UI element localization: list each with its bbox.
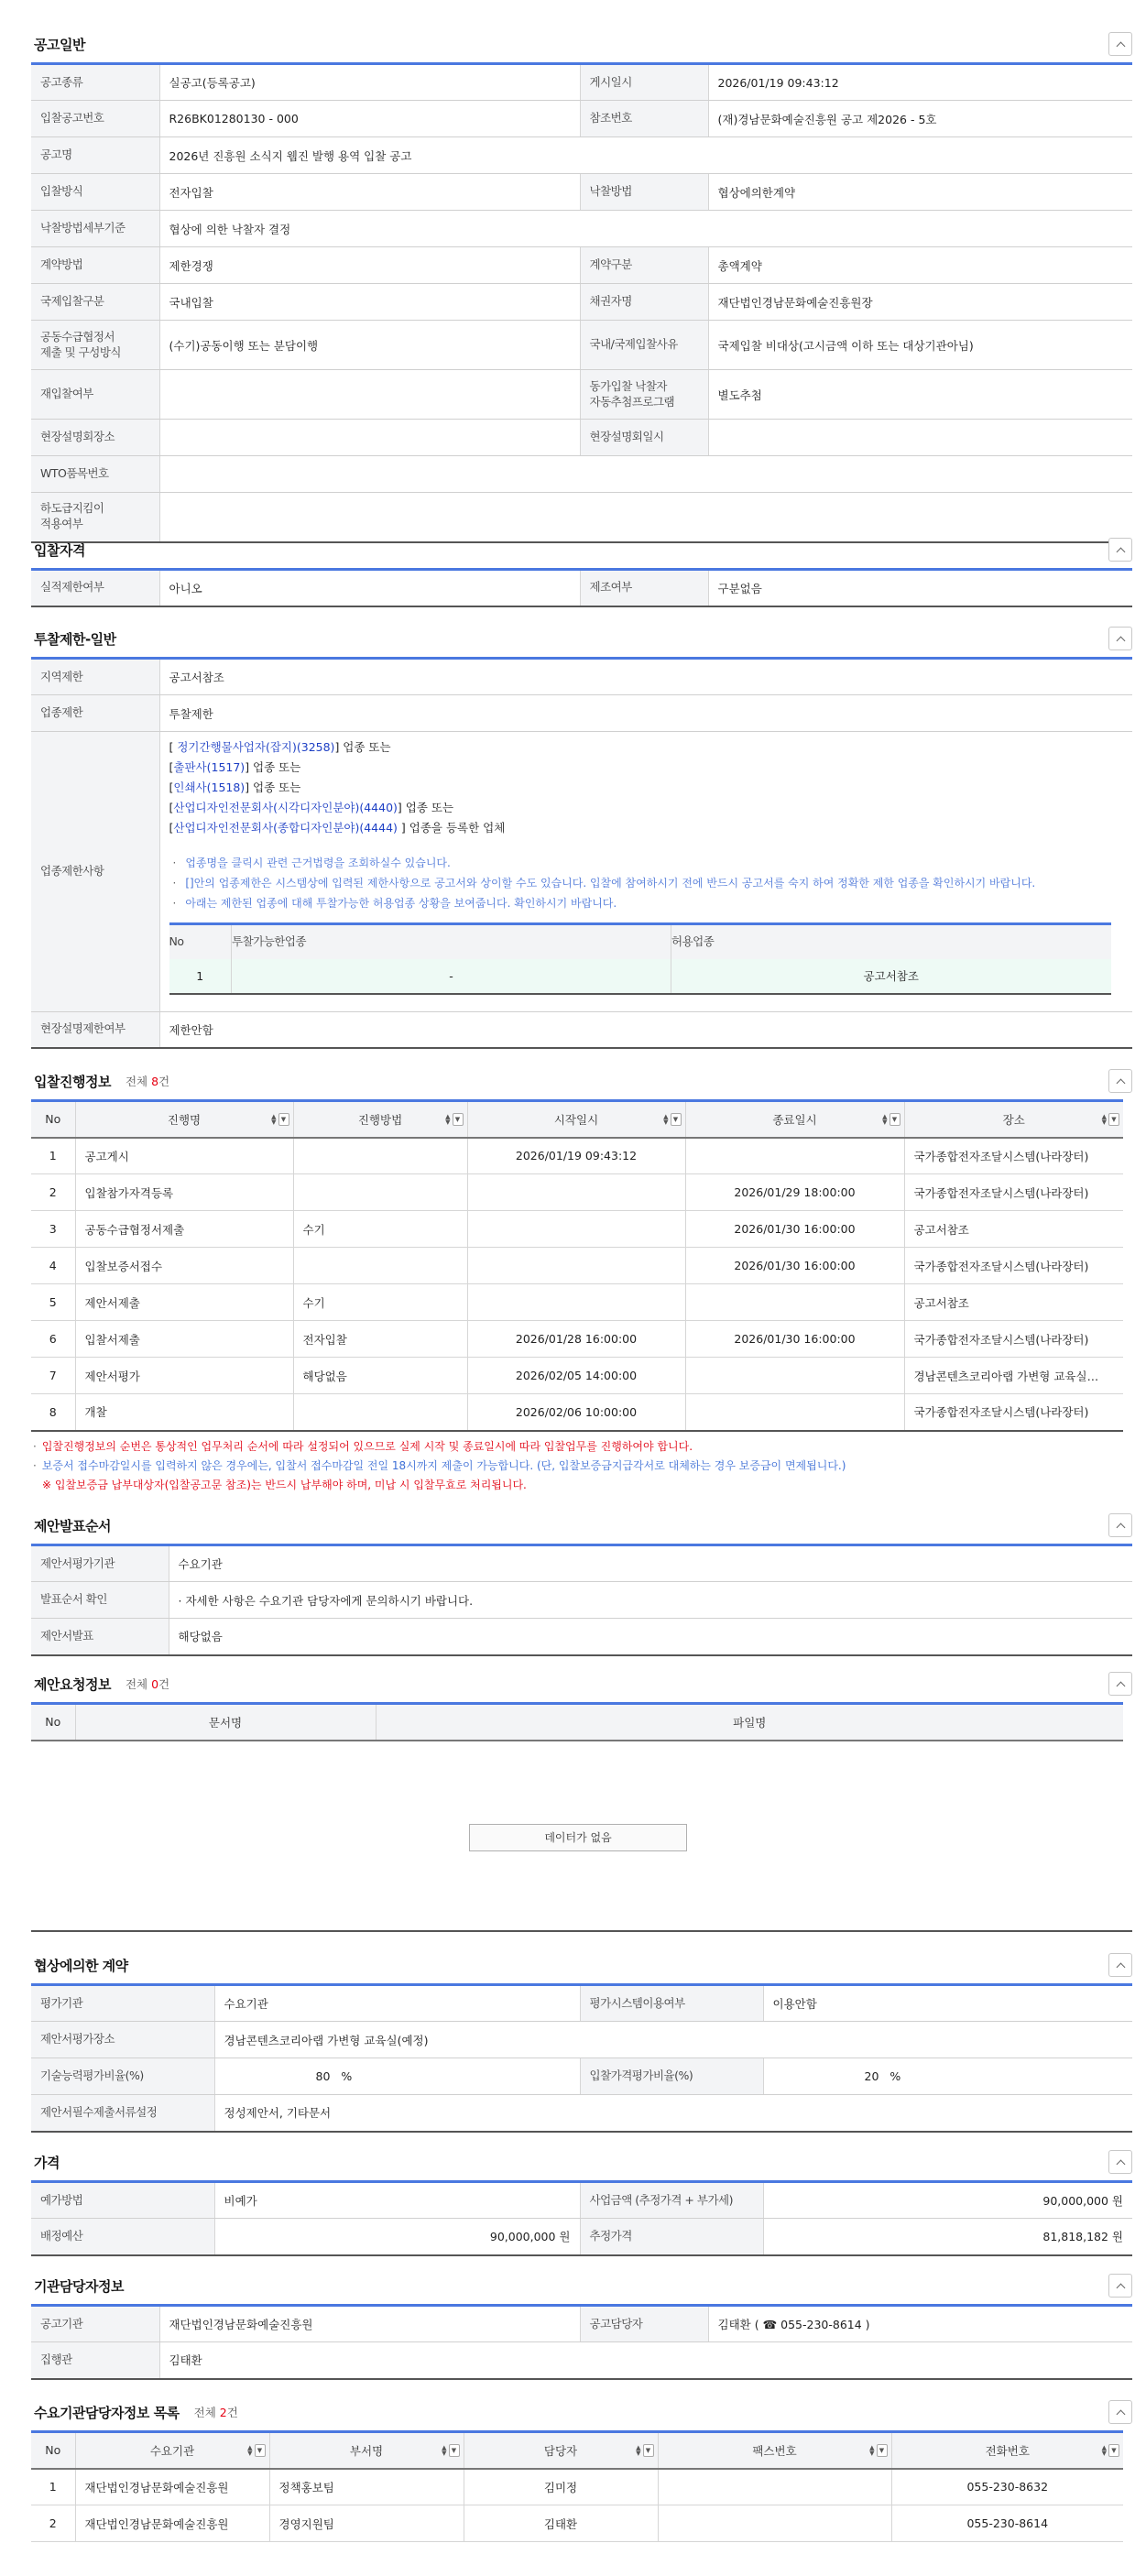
table-cell: 2026/02/06 10:00:00	[467, 1394, 685, 1431]
table-cell: 수기	[293, 1211, 467, 1248]
sort-icon[interactable]: ▲▼	[247, 2445, 252, 2456]
table-cell: 1	[169, 959, 232, 994]
table-cell	[293, 1174, 467, 1211]
table-row: 업종제한 투찰제한	[31, 695, 1132, 732]
sort-icon[interactable]: ▲▼	[1102, 1114, 1107, 1125]
table-cell: 8	[31, 1394, 75, 1431]
field-value: 공고서참조	[159, 659, 1132, 695]
field-label: 제안서평가기관	[31, 1545, 169, 1582]
column-header[interactable]: 담당자▲▼▼	[464, 2432, 658, 2469]
column-header[interactable]: 장소▲▼▼	[904, 1101, 1123, 1138]
sort-controls[interactable]: ▲▼▼	[882, 1113, 900, 1126]
filter-dropdown-icon[interactable]: ▼	[278, 1113, 289, 1126]
field-value: 20 %	[763, 2058, 1132, 2095]
table-row: 현장설명제한여부 제한안함	[31, 1011, 1132, 1048]
table-cell: 공고서참조	[671, 959, 1111, 994]
table-row: 재입찰여부동가입찰 낙찰자자동추첨프로그램별도추첨	[31, 370, 1132, 420]
table-cell: 국가종합전자조달시스템(나라장터)	[904, 1321, 1123, 1358]
field-label: 제조여부	[580, 570, 708, 606]
table-cell: -	[232, 959, 671, 994]
table-cell: 2	[31, 1174, 75, 1211]
field-value: 김태환	[159, 2342, 1132, 2379]
table-cell: 정책홍보팀	[269, 2469, 464, 2505]
collapse-button[interactable]	[1108, 1672, 1132, 1696]
field-value: 총액계약	[708, 247, 1132, 284]
field-label: 재입찰여부	[31, 370, 159, 420]
field-label: 업종제한사항	[31, 732, 159, 1012]
table-row: 배정예산 90,000,000 원 추정가격 81,818,182 원	[31, 2219, 1132, 2255]
collapse-button[interactable]	[1108, 32, 1132, 56]
field-value: · 자세한 사항은 수요기관 담당자에게 문의하시기 바랍니다.	[169, 1582, 1132, 1619]
sort-controls[interactable]: ▲▼▼	[445, 1113, 463, 1126]
sort-icon[interactable]: ▲▼	[442, 2445, 446, 2456]
table-cell	[658, 2505, 891, 2542]
table-cell: 제안서평가	[75, 1358, 293, 1394]
table-row: 2재단법인경남문화예술진흥원경영지원팀김태환055-230-8614	[31, 2505, 1123, 2542]
table-row: 2입찰참가자격등록2026/01/29 18:00:00국가종합전자조달시스템(…	[31, 1174, 1123, 1211]
sort-controls[interactable]: ▲▼▼	[247, 2444, 265, 2457]
field-label: 공고종류	[31, 64, 159, 101]
field-value: 수요기관	[169, 1545, 1132, 1582]
column-header: 파일명	[376, 1704, 1123, 1741]
field-value: 이용안함	[763, 1985, 1132, 2022]
table-cell: 입찰서제출	[75, 1321, 293, 1358]
field-value: 실공고(등록공고)	[159, 64, 580, 101]
industry-detail-cell: [ 정기간행물사업자(잡지)(3258)] 업종 또는[출판사(1517)] 업…	[159, 732, 1132, 1012]
field-label: 계약구분	[580, 247, 708, 284]
table-cell: 김태환	[464, 2505, 658, 2542]
field-value: 비예가	[214, 2182, 580, 2219]
section-title: 입찰자격	[31, 540, 85, 560]
table-cell: 공고게시	[75, 1138, 293, 1174]
table-cell: 수기	[293, 1284, 467, 1321]
table-row: WTO품목번호	[31, 456, 1132, 493]
presentation-table: 제안서평가기관수요기관발표순서 확인· 자세한 사항은 수요기관 담당자에게 문…	[31, 1544, 1132, 1656]
section-title: 가격	[31, 2153, 60, 2172]
section-restriction: 투찰제한-일반 지역제한 공고서참조 업종제한 투찰제한 업종제한사항 [ 정기…	[31, 620, 1132, 1049]
filter-dropdown-icon[interactable]: ▼	[453, 1113, 464, 1126]
section-price: 가격 예가방법 비예가 사업금액 (추정가격 + 부가세) 90,000,000…	[31, 2144, 1132, 2256]
filter-dropdown-icon[interactable]: ▼	[255, 2444, 266, 2457]
table-cell: 공고서참조	[904, 1284, 1123, 1321]
field-label: 평가기관	[31, 1985, 214, 2022]
filter-dropdown-icon[interactable]: ▼	[1108, 2444, 1119, 2457]
sort-icon[interactable]: ▲▼	[1102, 2445, 1107, 2456]
table-cell: 공동수급협정서제출	[75, 1211, 293, 1248]
field-value: 제한안함	[159, 1011, 1132, 1048]
phone-icon: ☎	[763, 2318, 778, 2331]
total-count: 전체 2건	[194, 2404, 238, 2420]
field-value: (수기)공동이행 또는 분담이행	[159, 321, 580, 370]
table-cell: 5	[31, 1284, 75, 1321]
field-value: 수요기관	[214, 1985, 580, 2022]
price-table: 예가방법 비예가 사업금액 (추정가격 + 부가세) 90,000,000 원 …	[31, 2180, 1132, 2256]
field-value	[708, 420, 1132, 456]
total-count: 전체 0건	[126, 1675, 169, 1692]
field-value: 2026년 진흥원 소식지 웹진 발행 용역 입찰 공고	[159, 137, 1132, 174]
table-row: 실적제한여부 아니오 제조여부 구분없음	[31, 570, 1132, 606]
field-label: 발표순서 확인	[31, 1582, 169, 1619]
collapse-button[interactable]	[1108, 2400, 1132, 2424]
table-cell	[658, 2469, 891, 2505]
table-cell: 2026/01/30 16:00:00	[685, 1248, 904, 1284]
note-item: 업종명을 클릭시 관련 근거법령을 조회하실수 있습니다.	[169, 853, 1124, 873]
sort-controls[interactable]: ▲▼▼	[869, 2444, 887, 2457]
field-label: 입찰가격평가비율(%)	[580, 2058, 763, 2095]
table-cell: 055-230-8632	[891, 2469, 1123, 2505]
table-cell: 2026/01/28 16:00:00	[467, 1321, 685, 1358]
table-cell: 2026/01/19 09:43:12	[467, 1138, 685, 1174]
table-row: 5제안서제출수기공고서참조	[31, 1284, 1123, 1321]
table-cell: 개찰	[75, 1394, 293, 1431]
collapse-button[interactable]	[1108, 1069, 1132, 1093]
field-value: 90,000,000 원	[214, 2219, 580, 2255]
note-red: 입찰진행정보의 순번은 통상적인 업무처리 순서에 따라 설정되어 있으므로 실…	[33, 1437, 1132, 1457]
section-qualification: 입찰자격 실적제한여부 아니오 제조여부 구분없음	[31, 531, 1132, 607]
field-value: R26BK01280130 - 000	[159, 101, 580, 137]
field-label: WTO품목번호	[31, 456, 159, 493]
table-cell	[467, 1211, 685, 1248]
field-value: (재)경남문화예술진흥원 공고 제2026 - 5호	[708, 101, 1132, 137]
column-header: 투찰가능한업종	[232, 924, 671, 959]
table-cell: 2026/01/29 18:00:00	[685, 1174, 904, 1211]
progress-notes: 입찰진행정보의 순번은 통상적인 업무처리 순서에 따라 설정되어 있으므로 실…	[31, 1432, 1132, 1495]
field-label: 입찰공고번호	[31, 101, 159, 137]
field-value	[159, 456, 1132, 493]
table-cell: 재단법인경남문화예술진흥원	[75, 2469, 269, 2505]
filter-dropdown-icon[interactable]: ▼	[890, 1113, 900, 1126]
empty-area: 데이터가 없음	[31, 1741, 1132, 1932]
section-title: 투찰제한-일반	[31, 629, 116, 649]
chevron-up-icon	[1116, 2409, 1125, 2418]
section-title: 공고일반	[31, 35, 85, 54]
table-cell: 국가종합전자조달시스템(나라장터)	[904, 1248, 1123, 1284]
table-cell	[467, 1174, 685, 1211]
table-cell: 입찰참가자격등록	[75, 1174, 293, 1211]
field-label: 현장설명회장소	[31, 420, 159, 456]
chevron-up-icon	[1116, 636, 1125, 645]
field-value: 제한경쟁	[159, 247, 580, 284]
field-label: 공고기관	[31, 2306, 159, 2342]
chevron-up-icon	[1116, 1523, 1125, 1532]
table-cell: 김미정	[464, 2469, 658, 2505]
sort-icon[interactable]: ▲▼	[869, 2445, 874, 2456]
column-header[interactable]: 종료일시▲▼▼	[685, 1101, 904, 1138]
table-row: 기술능력평가비율(%)80 %입찰가격평가비율(%)20 %	[31, 2058, 1132, 2095]
table-row: 7제안서평가해당없음2026/02/05 14:00:00경남콘텐츠코리아랩 가…	[31, 1358, 1123, 1394]
sort-controls[interactable]: ▲▼▼	[663, 1113, 681, 1126]
industry-link[interactable]: 인쇄사(1518)	[173, 780, 245, 794]
field-label: 낙찰방법세부기준	[31, 211, 159, 247]
field-value: 아니오	[159, 570, 580, 606]
field-label: 채권자명	[580, 284, 708, 321]
qualification-table: 실적제한여부 아니오 제조여부 구분없음	[31, 568, 1132, 607]
table-cell	[467, 1284, 685, 1321]
table-cell: 국가종합전자조달시스템(나라장터)	[904, 1394, 1123, 1431]
chevron-up-icon	[1116, 41, 1125, 50]
table-row: 국제입찰구분국내입찰채권자명재단법인경남문화예술진흥원장	[31, 284, 1132, 321]
table-cell: 재단법인경남문화예술진흥원	[75, 2505, 269, 2542]
field-label: 사업금액 (추정가격 + 부가세)	[580, 2182, 763, 2219]
industry-notes: 업종명을 클릭시 관련 근거법령을 조회하실수 있습니다.[]안의 업종제한은 …	[169, 853, 1124, 913]
total-count: 전체 8건	[126, 1073, 169, 1089]
field-value: 재단법인경남문화예술진흥원장	[708, 284, 1132, 321]
table-cell	[685, 1284, 904, 1321]
field-label: 실적제한여부	[31, 570, 159, 606]
section-agency: 기관담당자정보 공고기관 재단법인경남문화예술진흥원 공고담당자 김태환 ( ☎…	[31, 2267, 1132, 2380]
chevron-up-icon	[1116, 2283, 1125, 2292]
section-general: 공고일반 공고종류실공고(등록공고)게시일시2026/01/19 09:43:1…	[31, 26, 1132, 543]
table-row: 공동수급협정서제출 및 구성방식(수기)공동이행 또는 분담이행국내/국제입찰사…	[31, 321, 1132, 370]
industry-link[interactable]: 출판사(1517)	[173, 760, 245, 774]
table-row: 현장설명회장소현장설명회일시	[31, 420, 1132, 456]
field-value: 재단법인경남문화예술진흥원	[159, 2306, 580, 2342]
field-label: 예가방법	[31, 2182, 214, 2219]
field-label: 게시일시	[580, 64, 708, 101]
table-cell	[293, 1248, 467, 1284]
industry-item: [출판사(1517)] 업종 또는	[169, 758, 1124, 778]
collapse-button[interactable]	[1108, 1513, 1132, 1537]
column-header[interactable]: 팩스번호▲▼▼	[658, 2432, 891, 2469]
sort-controls[interactable]: ▲▼▼	[271, 1113, 289, 1126]
table-cell	[293, 1138, 467, 1174]
field-label: 업종제한	[31, 695, 159, 732]
table-cell: 국가종합전자조달시스템(나라장터)	[904, 1174, 1123, 1211]
table-row: 공고종류실공고(등록공고)게시일시2026/01/19 09:43:12	[31, 64, 1132, 101]
field-label: 지역제한	[31, 659, 159, 695]
column-header[interactable]: 시작일시▲▼▼	[467, 1101, 685, 1138]
table-row: 제안서필수제출서류설정정성제안서, 기타문서	[31, 2095, 1132, 2132]
table-cell: 입찰보증서접수	[75, 1248, 293, 1284]
field-value: 해당없음	[169, 1619, 1132, 1655]
section-title: 협상에의한 계약	[31, 1956, 128, 1975]
sort-icon[interactable]: ▲▼	[271, 1114, 276, 1125]
note-item: 아래는 제한된 업종에 대해 투찰가능한 허용업종 상황을 보여줍니다. 확인하…	[169, 893, 1124, 913]
field-label: 현장설명제한여부	[31, 1011, 159, 1048]
column-header: No	[31, 1101, 75, 1138]
column-header: No	[169, 924, 232, 959]
note-warning: ※ 입찰보증금 납부대상자(입찰공고문 참조)는 반드시 납부해야 하며, 미납…	[33, 1476, 1132, 1495]
collapse-button[interactable]	[1108, 2274, 1132, 2298]
table-row: 예가방법 비예가 사업금액 (추정가격 + 부가세) 90,000,000 원	[31, 2182, 1132, 2219]
section-title: 입찰진행정보	[31, 1072, 111, 1091]
section-title: 제안발표순서	[31, 1516, 111, 1535]
collapse-button[interactable]	[1108, 1953, 1132, 1977]
table-row: 1-공고서참조	[169, 959, 1111, 994]
field-value: 구분없음	[708, 570, 1132, 606]
filter-dropdown-icon[interactable]: ▼	[877, 2444, 888, 2457]
filter-dropdown-icon[interactable]: ▼	[643, 2444, 654, 2457]
table-cell: 경영지원팀	[269, 2505, 464, 2542]
table-row: 8개찰2026/02/06 10:00:00국가종합전자조달시스템(나라장터)	[31, 1394, 1123, 1431]
table-cell: 1	[31, 2469, 75, 2505]
field-label: 공고명	[31, 137, 159, 174]
column-header: No	[31, 1704, 75, 1741]
section-progress: 입찰진행정보 전체 8건 No진행명▲▼▼진행방법▲▼▼시작일시▲▼▼종료일시▲…	[31, 1063, 1132, 1495]
restriction-table: 지역제한 공고서참조 업종제한 투찰제한 업종제한사항 [ 정기간행물사업자(잡…	[31, 657, 1132, 1049]
column-header: No	[31, 2432, 75, 2469]
field-label: 동가입찰 낙찰자자동추첨프로그램	[580, 370, 708, 420]
chevron-up-icon	[1116, 1681, 1125, 1690]
general-table: 공고종류실공고(등록공고)게시일시2026/01/19 09:43:12입찰공고…	[31, 62, 1132, 543]
allowed-industry-table: No투찰가능한업종허용업종 1-공고서참조	[169, 922, 1111, 995]
table-cell: 2026/02/05 14:00:00	[467, 1358, 685, 1394]
column-header[interactable]: 진행명▲▼▼	[75, 1101, 293, 1138]
sort-controls[interactable]: ▲▼▼	[442, 2444, 459, 2457]
table-cell: 전자입찰	[293, 1321, 467, 1358]
table-cell: 경남콘텐츠코리아랩 가변형 교육실…	[904, 1358, 1123, 1394]
progress-table: No진행명▲▼▼진행방법▲▼▼시작일시▲▼▼종료일시▲▼▼장소▲▼▼ 1공고게시…	[31, 1099, 1123, 1432]
table-row: 발표순서 확인· 자세한 사항은 수요기관 담당자에게 문의하시기 바랍니다.	[31, 1582, 1132, 1619]
filter-dropdown-icon[interactable]: ▼	[449, 2444, 460, 2457]
column-header[interactable]: 부서명▲▼▼	[269, 2432, 464, 2469]
sort-controls[interactable]: ▲▼▼	[636, 2444, 653, 2457]
field-label: 제안서필수제출서류설정	[31, 2095, 214, 2132]
table-row: 제안서평가기관수요기관	[31, 1545, 1132, 1582]
table-cell: 국가종합전자조달시스템(나라장터)	[904, 1138, 1123, 1174]
contact-name: 김태환	[718, 2318, 751, 2331]
table-row: 지역제한 공고서참조	[31, 659, 1132, 695]
industry-item: [산업디자인전문회사(종합디자인분야)(4444) ] 업종을 등록한 업체	[169, 818, 1124, 838]
table-row: 제안서평가장소경남콘텐츠코리아랩 가변형 교육실(예정)	[31, 2022, 1132, 2058]
field-value	[159, 420, 580, 456]
sort-icon[interactable]: ▲▼	[882, 1114, 887, 1125]
chevron-up-icon	[1116, 1962, 1125, 1971]
negotiation-table: 평가기관수요기관평가시스템이용여부이용안함제안서평가장소경남콘텐츠코리아랩 가변…	[31, 1983, 1132, 2133]
table-cell	[685, 1394, 904, 1431]
table-row: 4입찰보증서접수2026/01/30 16:00:00국가종합전자조달시스템(나…	[31, 1248, 1123, 1284]
table-cell: 공고서참조	[904, 1211, 1123, 1248]
field-value: 협상에의한계약	[708, 174, 1132, 211]
chevron-up-icon	[1116, 1078, 1125, 1087]
field-value: 별도추첨	[708, 370, 1132, 420]
table-row: 계약방법제한경쟁계약구분총액계약	[31, 247, 1132, 284]
collapse-button[interactable]	[1108, 2150, 1132, 2174]
proposal-table: No문서명파일명	[31, 1702, 1123, 1741]
field-label: 공고담당자	[580, 2306, 708, 2342]
table-row: 평가기관수요기관평가시스템이용여부이용안함	[31, 1985, 1132, 2022]
column-header: 문서명	[75, 1704, 376, 1741]
field-label: 공동수급협정서제출 및 구성방식	[31, 321, 159, 370]
table-row: 입찰공고번호R26BK01280130 - 000참조번호(재)경남문화예술진흥…	[31, 101, 1132, 137]
table-cell: 해당없음	[293, 1358, 467, 1394]
section-title: 기관담당자정보	[31, 2276, 124, 2296]
field-label: 추정가격	[580, 2219, 763, 2255]
table-row: 3공동수급협정서제출수기2026/01/30 16:00:00공고서참조	[31, 1211, 1123, 1248]
industry-list: [ 정기간행물사업자(잡지)(3258)] 업종 또는[출판사(1517)] 업…	[169, 732, 1124, 846]
table-cell: 2	[31, 2505, 75, 2542]
section-proposal: 제안요청정보 전체 0건 No문서명파일명 데이터가 없음	[31, 1665, 1132, 1932]
column-header[interactable]: 전화번호▲▼▼	[891, 2432, 1123, 2469]
field-label: 입찰방식	[31, 174, 159, 211]
table-row: 1공고게시2026/01/19 09:43:12국가종합전자조달시스템(나라장터…	[31, 1138, 1123, 1174]
field-value: 투찰제한	[159, 695, 1132, 732]
chevron-up-icon	[1116, 547, 1125, 556]
table-cell: 2026/01/30 16:00:00	[685, 1321, 904, 1358]
note-blue: 보증서 접수마감일시를 입력하지 않은 경우에는, 입찰서 접수마감일 전일 1…	[33, 1457, 1132, 1476]
field-value: 전자입찰	[159, 174, 580, 211]
field-value: 90,000,000 원	[763, 2182, 1132, 2219]
filter-dropdown-icon[interactable]: ▼	[1108, 1113, 1119, 1126]
field-value: 협상에 의한 낙찰자 결정	[159, 211, 1132, 247]
contact-phone: 055-230-8614	[780, 2318, 862, 2331]
sort-icon[interactable]: ▲▼	[445, 1114, 450, 1125]
sort-icon[interactable]: ▲▼	[636, 2445, 640, 2456]
field-value: 국제입찰 비대상(고시금액 이하 또는 대상기관아님)	[708, 321, 1132, 370]
field-value: 정성제안서, 기타문서	[214, 2095, 1132, 2132]
industry-item: [ 정기간행물사업자(잡지)(3258)] 업종 또는	[169, 737, 1124, 758]
table-row: 업종제한사항 [ 정기간행물사업자(잡지)(3258)] 업종 또는[출판사(1…	[31, 732, 1132, 1012]
no-data-message: 데이터가 없음	[469, 1824, 687, 1851]
section-title: 제안요청정보	[31, 1675, 111, 1694]
table-row: 6입찰서제출전자입찰2026/01/28 16:00:002026/01/30 …	[31, 1321, 1123, 1358]
table-cell: 2026/01/30 16:00:00	[685, 1211, 904, 1248]
field-label: 계약방법	[31, 247, 159, 284]
sort-controls[interactable]: ▲▼▼	[1102, 1113, 1119, 1126]
field-label: 평가시스템이용여부	[580, 1985, 763, 2022]
section-title: 수요기관담당자정보 목록	[31, 2403, 180, 2422]
table-cell: 4	[31, 1248, 75, 1284]
sort-controls[interactable]: ▲▼▼	[1102, 2444, 1119, 2457]
table-cell	[685, 1138, 904, 1174]
table-cell: 제안서제출	[75, 1284, 293, 1321]
field-label: 집행관	[31, 2342, 159, 2379]
table-cell	[685, 1358, 904, 1394]
section-contacts: 수요기관담당자정보 목록 전체 2건 No수요기관▲▼▼부서명▲▼▼담당자▲▼▼…	[31, 2394, 1132, 2542]
filter-dropdown-icon[interactable]: ▼	[671, 1113, 682, 1126]
field-label: 제안서발표	[31, 1619, 169, 1655]
table-cell: 7	[31, 1358, 75, 1394]
collapse-button[interactable]	[1108, 627, 1132, 650]
table-row: 입찰방식전자입찰낙찰방법협상에의한계약	[31, 174, 1132, 211]
sort-icon[interactable]: ▲▼	[663, 1114, 668, 1125]
table-cell	[467, 1248, 685, 1284]
industry-item: [인쇄사(1518)] 업종 또는	[169, 778, 1124, 798]
column-header[interactable]: 진행방법▲▼▼	[293, 1101, 467, 1138]
column-header: 허용업종	[671, 924, 1111, 959]
table-cell: 3	[31, 1211, 75, 1248]
field-label: 배정예산	[31, 2219, 214, 2255]
field-value: 81,818,182 원	[763, 2219, 1132, 2255]
industry-link[interactable]: 정기간행물사업자(잡지)(3258)	[177, 740, 334, 754]
field-value: 김태환 ( ☎ 055-230-8614 )	[708, 2306, 1132, 2342]
note-item: []안의 업종제한은 시스템상에 입력된 제한사항으로 공고서와 상이할 수도 …	[169, 873, 1124, 893]
industry-link[interactable]: 산업디자인전문회사(종합디자인분야)(4444)	[173, 821, 398, 835]
collapse-button[interactable]	[1108, 538, 1132, 562]
field-label: 참조번호	[580, 101, 708, 137]
field-label: 국제입찰구분	[31, 284, 159, 321]
field-value: 80 %	[214, 2058, 580, 2095]
column-header[interactable]: 수요기관▲▼▼	[75, 2432, 269, 2469]
table-row: 제안서발표해당없음	[31, 1619, 1132, 1655]
table-cell: 055-230-8614	[891, 2505, 1123, 2542]
field-value	[159, 370, 580, 420]
field-value: 국내입찰	[159, 284, 580, 321]
chevron-up-icon	[1116, 2159, 1125, 2168]
field-label: 기술능력평가비율(%)	[31, 2058, 214, 2095]
field-label: 낙찰방법	[580, 174, 708, 211]
field-value: 2026/01/19 09:43:12	[708, 64, 1132, 101]
table-row: 공고기관 재단법인경남문화예술진흥원 공고담당자 김태환 ( ☎ 055-230…	[31, 2306, 1132, 2342]
field-label: 제안서평가장소	[31, 2022, 214, 2058]
field-label: 현장설명회일시	[580, 420, 708, 456]
table-cell: 1	[31, 1138, 75, 1174]
table-row: 1재단법인경남문화예술진흥원정책홍보팀김미정055-230-8632	[31, 2469, 1123, 2505]
industry-link[interactable]: 산업디자인전문회사(시각디자인분야)(4440)	[173, 801, 398, 814]
field-value: 경남콘텐츠코리아랩 가변형 교육실(예정)	[214, 2022, 1132, 2058]
table-cell: 6	[31, 1321, 75, 1358]
table-cell	[293, 1394, 467, 1431]
